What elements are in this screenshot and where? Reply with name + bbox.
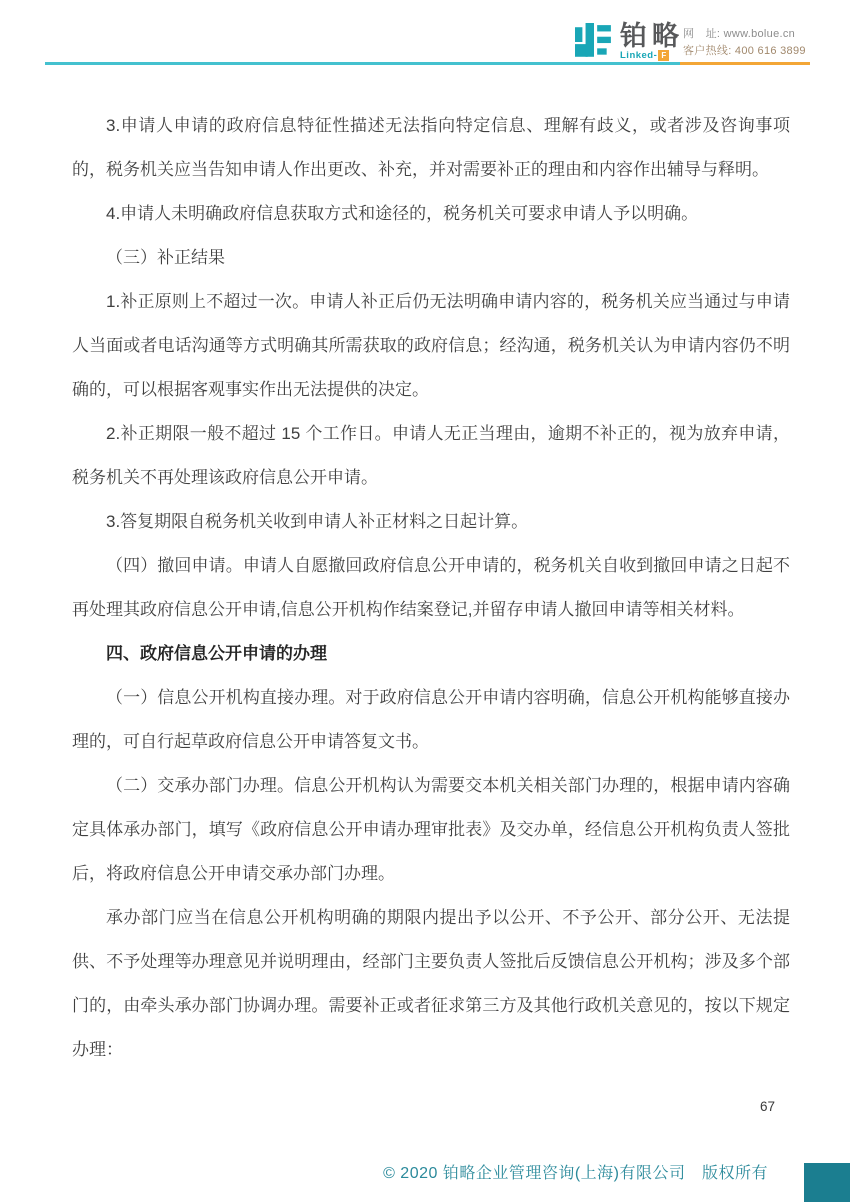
footer-corner-decoration bbox=[804, 1163, 850, 1202]
website-line: 网 址: www.bolue.cn bbox=[683, 26, 806, 43]
document-body: 3.申请人申请的政府信息特征性描述无法指向特定信息、理解有歧义，或者涉及咨询事项… bbox=[72, 104, 790, 1072]
brand-name-chinese: 铂略 bbox=[620, 22, 684, 50]
hotline-line: 客户热线: 400 616 3899 bbox=[683, 43, 806, 60]
brand-name-english: Linked- F bbox=[620, 50, 684, 61]
paragraph: 2.补正期限一般不超过 15 个工作日。申请人无正当理由，逾期不补正的，视为放弃… bbox=[72, 412, 790, 500]
paragraph: 承办部门应当在信息公开机构明确的期限内提出予以公开、不予公开、部分公开、无法提供… bbox=[72, 896, 790, 1072]
header-divider-teal bbox=[45, 62, 680, 65]
paragraph: 3.答复期限自税务机关收到申请人补正材料之日起计算。 bbox=[72, 500, 790, 544]
logo-mark-icon bbox=[575, 23, 613, 61]
paragraph: 1.补正原则上不超过一次。申请人补正后仍无法明确申请内容的，税务机关应当通过与申… bbox=[72, 280, 790, 412]
paragraph: （三）补正结果 bbox=[72, 236, 790, 280]
paragraph: （一）信息公开机构直接办理。对于政府信息公开申请内容明确，信息公开机构能够直接办… bbox=[72, 676, 790, 764]
company-logo: 铂略 Linked- F bbox=[575, 22, 684, 64]
page-number: 67 bbox=[760, 1099, 775, 1114]
footer-copyright: © 2020 铂略企业管理咨询(上海)有限公司 版权所有 bbox=[383, 1160, 768, 1183]
section-heading: 四、政府信息公开申请的办理 bbox=[72, 632, 790, 676]
header-divider bbox=[45, 62, 810, 65]
paragraph: （二）交承办部门办理。信息公开机构认为需要交本机关相关部门办理的，根据申请内容确… bbox=[72, 764, 790, 896]
paragraph: （四）撤回申请。申请人自愿撤回政府信息公开申请的，税务机关自收到撤回申请之日起不… bbox=[72, 544, 790, 632]
document-page: 铂略 Linked- F 网 址: www.bolue.cn 客户热线: 400… bbox=[0, 0, 850, 1202]
brand-text: 铂略 Linked- F bbox=[620, 22, 684, 61]
paragraph: 3.申请人申请的政府信息特征性描述无法指向特定信息、理解有歧义，或者涉及咨询事项… bbox=[72, 104, 790, 192]
header-divider-orange bbox=[680, 62, 810, 65]
paragraph: 4.申请人未明确政府信息获取方式和途径的，税务机关可要求申请人予以明确。 bbox=[72, 192, 790, 236]
brand-badge: F bbox=[658, 50, 669, 61]
contact-info: 网 址: www.bolue.cn 客户热线: 400 616 3899 bbox=[683, 26, 806, 60]
